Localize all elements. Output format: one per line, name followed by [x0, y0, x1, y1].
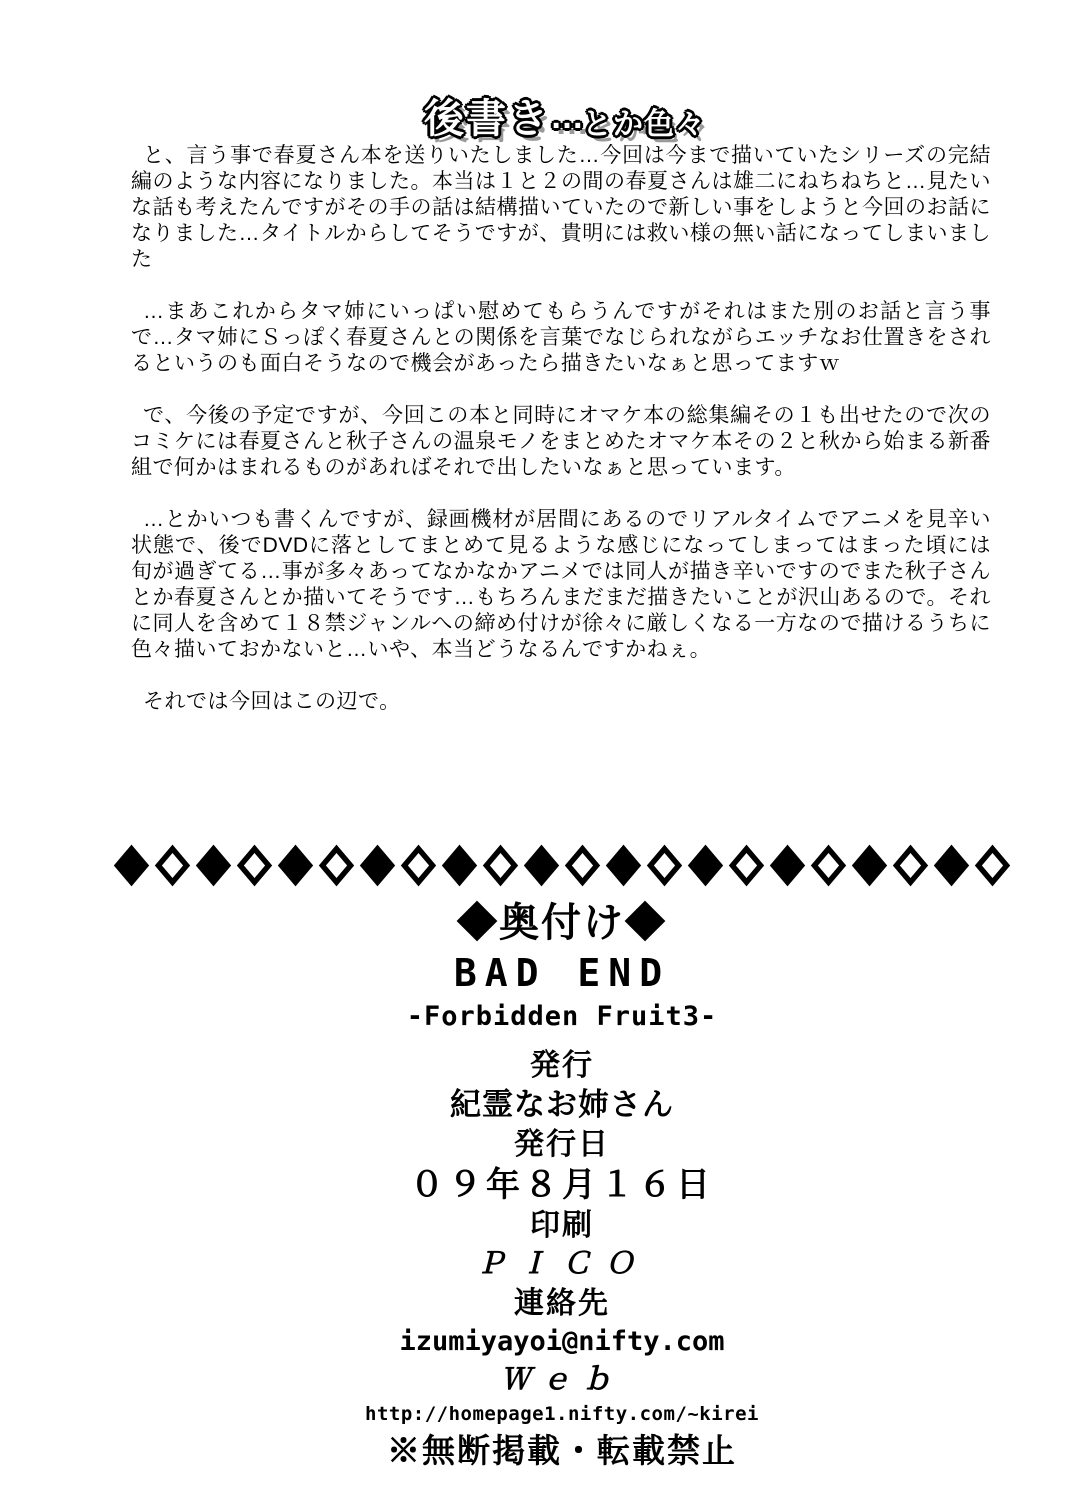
book-title: BAD END: [26, 951, 1072, 995]
publisher-name: 紀霊なお姉さん: [26, 1088, 1072, 1122]
web-label: Ｗｅｂ: [26, 1364, 1072, 1396]
diamond-icon: [114, 844, 149, 886]
diamond-icon: [811, 844, 846, 886]
diamond-icon: [483, 844, 518, 886]
diamond-icon: [278, 844, 313, 886]
diamond-icon: [360, 844, 395, 886]
afterword-closing-line: それでは今回はこの辺で。: [131, 689, 991, 715]
diamond-icon: [934, 844, 969, 886]
colophon-header: ◆奥付け◆: [26, 901, 1072, 945]
diamond-icon: [524, 844, 559, 886]
printer-label: 印刷: [26, 1209, 1072, 1242]
colophon: ◆奥付け◆ BAD END -Forbidden Fruit3- 発行 紀霊なお…: [26, 901, 1072, 1476]
diamond-divider: [26, 840, 1072, 890]
diamond-icon: [729, 844, 764, 886]
publish-date-label: 発行日: [26, 1128, 1072, 1161]
page-title-dots: …: [550, 98, 582, 136]
diamond-icon: [442, 844, 477, 886]
page-title-sub: とか色々: [582, 108, 706, 141]
diamond-icon: [893, 844, 928, 886]
book-subtitle: -Forbidden Fruit3-: [26, 1001, 1072, 1033]
page-title: 後書き…とか色々: [29, 87, 1072, 144]
afterword-paragraph-2: …まあこれからタマ姉にいっぱい慰めてもらうんですがそれはまた別のお話と言う事で……: [131, 299, 991, 377]
contact-label: 連絡先: [26, 1287, 1072, 1320]
publish-date-value: ０９年８月１６日: [26, 1167, 1072, 1203]
page-title-main: 後書き: [424, 97, 550, 141]
afterword-paragraph-1: と、言う事で春夏さん本を送りいたしました…今回は今まで描いていたシリーズの完結編…: [131, 143, 991, 273]
afterword-body: と、言う事で春夏さん本を送りいたしました…今回は今まで描いていたシリーズの完結編…: [131, 143, 991, 741]
diamond-icon: [688, 844, 723, 886]
diamond-icon: [647, 844, 682, 886]
diamond-icon: [237, 844, 272, 886]
diamond-icon: [975, 844, 1010, 886]
diamond-icon: [196, 844, 231, 886]
diamond-icon: [319, 844, 354, 886]
afterword-paragraph-4: …とかいつも書くんですが、録画機材が居間にあるのでリアルタイムでアニメを見辛い状…: [131, 507, 991, 663]
afterword-paragraph-3: で、今後の予定ですが、今回この本と同時にオマケ本の総集編その１も出せたので次のコ…: [131, 403, 991, 481]
diamond-icon: [852, 844, 887, 886]
copyright-notice: ※無断掲載・転載禁止: [26, 1432, 1072, 1470]
afterword-page: 後書き…とか色々 と、言う事で春夏さん本を送りいたしました…今回は今まで描いてい…: [0, 0, 1072, 1500]
web-url: http://homepage1.nifty.com/~kirei: [26, 1402, 1072, 1426]
publisher-label: 発行: [26, 1049, 1072, 1082]
diamond-icon: [401, 844, 436, 886]
diamond-icon: [155, 844, 190, 886]
diamond-icon: [565, 844, 600, 886]
diamond-icon: [770, 844, 805, 886]
printer-name: ＰＩＣＯ: [26, 1248, 1072, 1281]
contact-email: izumiyayoi@nifty.com: [26, 1326, 1072, 1358]
diamond-icon: [606, 844, 641, 886]
